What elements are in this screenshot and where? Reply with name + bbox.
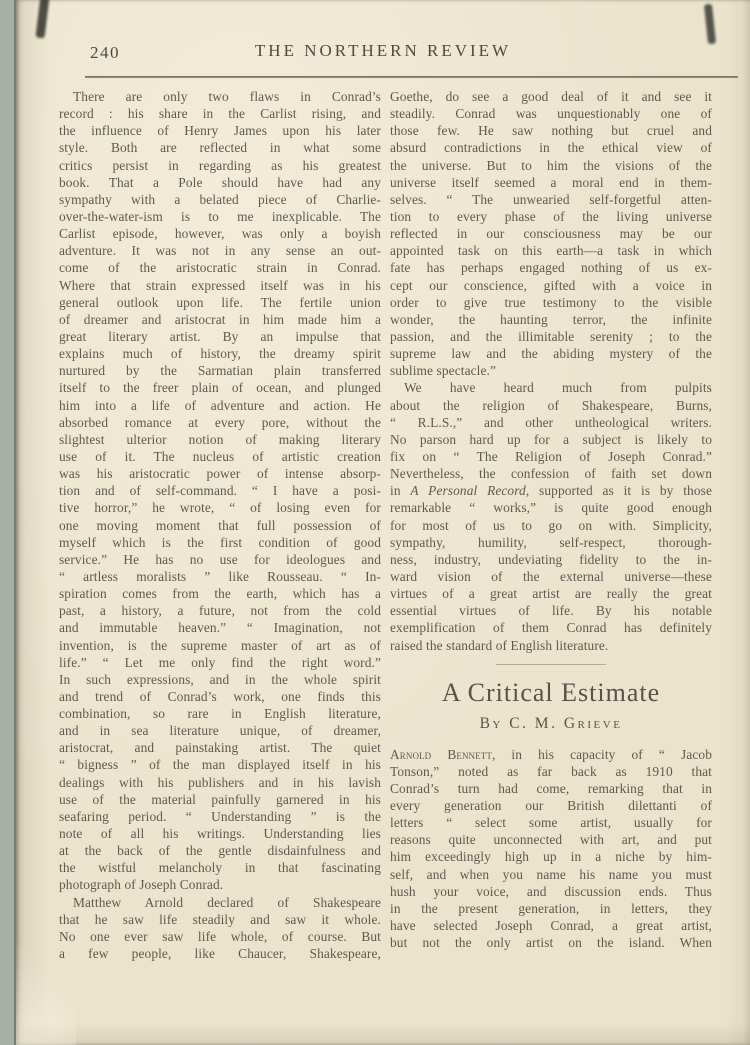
text-line: myself which is the first condition of g…	[59, 534, 381, 551]
text-line: passion, and the illimitable serenity ; …	[390, 328, 712, 345]
text-line: reflected in our consciousness may be ou…	[390, 225, 712, 242]
text-line: in A Personal Record, supported as it is…	[390, 482, 712, 499]
scan-smudge-top-left	[35, 0, 49, 38]
text-line: of dreamer and aristocrat in him made hi…	[59, 311, 381, 328]
text-line: sublime spectacle.”	[390, 362, 712, 379]
right-column: Goethe, do see a good deal of it and see…	[390, 88, 712, 951]
text-line: essential virtues of life. By his notabl…	[390, 602, 712, 619]
text-line: have selected Joseph Conrad, a great art…	[390, 917, 712, 934]
text-line: that he saw life steadily and saw it who…	[59, 911, 381, 928]
text-line: selves. “ The unwearied self-forgetful a…	[390, 191, 712, 208]
text-line: over-the-water-ism is to me inexplicable…	[59, 208, 381, 225]
text-line: the influence of Henry James upon his la…	[59, 122, 381, 139]
text-line: for most of us to go on with. Simplicity…	[390, 517, 712, 534]
text-line: and in sea literature unique, of dreamer…	[59, 722, 381, 739]
text-line: In such expressions, and in the whole sp…	[59, 671, 381, 688]
text-line: “ bigness ” of the man displayed itself …	[59, 756, 381, 773]
text-line: wonder, the haunting terror, the infinit…	[390, 311, 712, 328]
text-line: Matthew Arnold declared of Shakespeare	[59, 894, 381, 911]
header-rule	[85, 76, 738, 78]
text-line: reasons quite unconnected with art, and …	[390, 831, 712, 848]
text-line: sympathy, humility, self-respect, thorou…	[390, 534, 712, 551]
text-line: every generation our British dilettanti …	[390, 797, 712, 814]
text-line: life.” “ Let me only find the right word…	[59, 654, 381, 671]
text-line: letters “ select some artist, usually fo…	[390, 814, 712, 831]
text-line: but not the only artist on the island. W…	[390, 934, 712, 951]
section-title: A Critical Estimate	[390, 678, 712, 708]
text-line: about the religion of Shakespeare, Burns…	[390, 397, 712, 414]
text-line: him exceedingly high up in a niche by hi…	[390, 848, 712, 865]
text-line: book. That a Pole should have had any	[59, 174, 381, 191]
text-line: tive horror,” he wrote, “ of losing even…	[59, 499, 381, 516]
text-line: ness, industry, undeviating fidelity to …	[390, 551, 712, 568]
section-divider	[496, 664, 606, 665]
text-line: exemplification of them Conrad has defin…	[390, 619, 712, 636]
text-line: universe itself seemed a moral end in th…	[390, 174, 712, 191]
text-line: invention, is the supreme master of art …	[59, 637, 381, 654]
text-line: order to give true testimony to the visi…	[390, 294, 712, 311]
text-line: cept our conscience, gifted with a voice…	[390, 277, 712, 294]
text-line: aristocrat, and painstaking artist. The …	[59, 739, 381, 756]
text-line: was his aristocratic power of intense ab…	[59, 465, 381, 482]
text-line: style. Both are reflected in what some	[59, 139, 381, 156]
text-line: Goethe, do see a good deal of it and see…	[390, 88, 712, 105]
text-line: fix on “ The Religion of Joseph Conrad.”	[390, 448, 712, 465]
text-line: Arnold Bennett, in his capacity of “ Jac…	[390, 746, 712, 763]
text-line: one moving moment that full possession o…	[59, 517, 381, 534]
text-line: spiration comes from the earth, which ha…	[59, 585, 381, 602]
text-line: tion and of self-command. “ I have a pos…	[59, 482, 381, 499]
text-line: “ artless moralists ” like Rousseau. “ I…	[59, 568, 381, 585]
text-line: tion to every phase of the living univer…	[390, 208, 712, 225]
text-line: “ R.L.S.,” and other untheological write…	[390, 414, 712, 431]
text-line: the universe. But to him the visions of …	[390, 157, 712, 174]
scanned-page: 240 THE NORTHERN REVIEW There are only t…	[14, 0, 750, 1045]
text-line: We have heard much from pulpits	[390, 379, 712, 396]
text-line: No parson hard up for a subject is likel…	[390, 431, 712, 448]
text-line: photograph of Joseph Conrad.	[59, 876, 381, 893]
text-line: appointed task on this earth—a task in w…	[390, 242, 712, 259]
text-line: absurd contradictions in the ethical vie…	[390, 139, 712, 156]
text-line: the wistful melancholy in that fascinati…	[59, 859, 381, 876]
text-line: a few people, like Chaucer, Shakespeare,	[59, 945, 381, 962]
text-line: virtues of a great artist are really the…	[390, 585, 712, 602]
text-line: seafaring period. “ Understanding ” is t…	[59, 808, 381, 825]
text-line: critics persist in regarding as his grea…	[59, 157, 381, 174]
scan-smudge-top-right	[704, 4, 716, 45]
article-end: Goethe, do see a good deal of it and see…	[390, 88, 712, 654]
text-line: use of it. The nucleus of artistic creat…	[59, 448, 381, 465]
text-line: dealings with his publishers and in his …	[59, 774, 381, 791]
text-line: steadily. Conrad was unquestionably one …	[390, 105, 712, 122]
text-line: and immutable heaven.” “ Imagination, no…	[59, 619, 381, 636]
text-line: explains much of history, the dreamy spi…	[59, 345, 381, 362]
text-line: slightest ulterior notion of making lite…	[59, 431, 381, 448]
journal-title: THE NORTHERN REVIEW	[16, 41, 750, 61]
text-line: service.” He has no use for ideologues a…	[59, 551, 381, 568]
text-line: combination, so rare in English literatu…	[59, 705, 381, 722]
text-line: self, and when you name his name you mus…	[390, 866, 712, 883]
text-line: adventure. It was not in any sense an ou…	[59, 242, 381, 259]
section-byline: By C. M. Grieve	[390, 715, 712, 733]
text-line: Carlist episode, however, was only a boy…	[59, 225, 381, 242]
text-line: hush your voice, and discussion ends. Th…	[390, 883, 712, 900]
text-line: Nevertheless, the confession of faith se…	[390, 465, 712, 482]
text-line: No one ever saw life whole, of course. B…	[59, 928, 381, 945]
text-line: use of the material painfully garnered i…	[59, 791, 381, 808]
text-line: ward vision of the external universe—the…	[390, 568, 712, 585]
text-line: general outlook upon life. The fertile u…	[59, 294, 381, 311]
text-line: and trend of Conrad’s work, one finds th…	[59, 688, 381, 705]
text-line: Tonson,” noted as far back as 1910 that	[390, 763, 712, 780]
text-line: raised the standard of English literatur…	[390, 637, 712, 654]
text-line: remarkable “ works,” is quite good enoug…	[390, 499, 712, 516]
text-line: him into a life of adventure and action.…	[59, 397, 381, 414]
section-body: Arnold Bennett, in his capacity of “ Jac…	[390, 746, 712, 952]
text-line: in the present generation, in letters, t…	[390, 900, 712, 917]
text-line: There are only two flaws in Conrad’s	[59, 88, 381, 105]
left-column: There are only two flaws in Conrad’sreco…	[59, 88, 381, 962]
text-line: nurtured by the Sarmatian plain transfer…	[59, 362, 381, 379]
text-line: at the back of the gentle disdainfulness…	[59, 842, 381, 859]
text-line: itself to the freer plain of ocean, and …	[59, 379, 381, 396]
text-line: past, a history, a future, not from the …	[59, 602, 381, 619]
text-line: absorbed romance at every pore, without …	[59, 414, 381, 431]
text-line: record : his share in the Carlist rising…	[59, 105, 381, 122]
text-line: supreme law and the abiding mystery of t…	[390, 345, 712, 362]
text-line: Conrad’s turn had come, remarking that i…	[390, 780, 712, 797]
text-line: those few. He saw nothing but cruel and	[390, 122, 712, 139]
text-line: fate has perhaps engaged nothing of us e…	[390, 259, 712, 276]
text-line: come of the aristocratic strain in Conra…	[59, 259, 381, 276]
text-line: sympathy with a belated piece of Charlie…	[59, 191, 381, 208]
text-line: Where that strain expressed itself was i…	[59, 277, 381, 294]
text-line: note of all his writings. Understanding …	[59, 825, 381, 842]
text-line: great literary artist. By an impulse tha…	[59, 328, 381, 345]
